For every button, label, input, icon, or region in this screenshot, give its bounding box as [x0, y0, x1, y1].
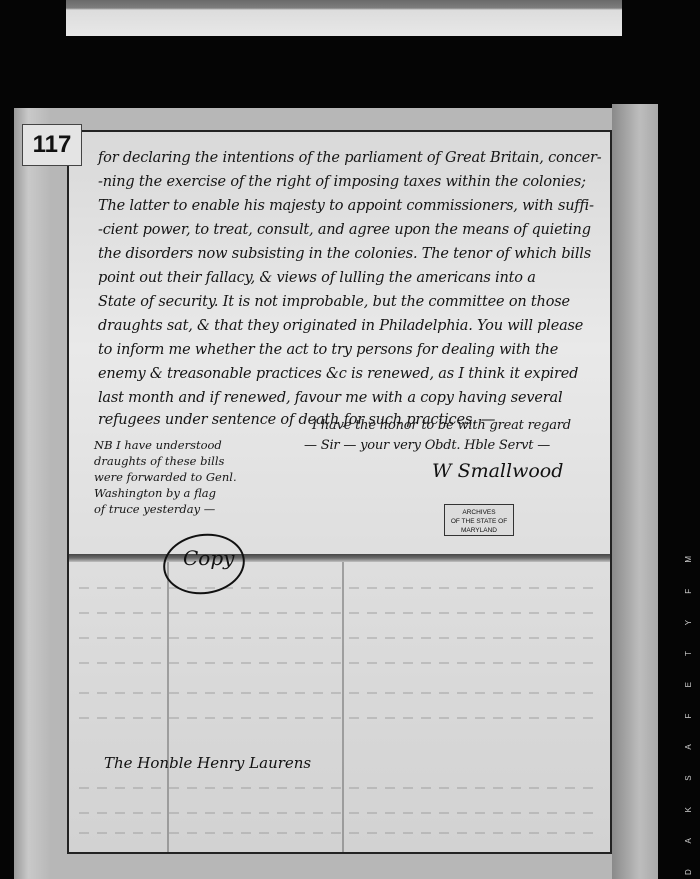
- stamp-line: OF THE STATE OF: [445, 517, 513, 526]
- letter-line: the disorders now subsisting in the colo…: [98, 246, 591, 262]
- page-number-label: 117: [22, 124, 82, 166]
- bleed-through-text: [79, 587, 600, 589]
- bleed-through-text: [79, 717, 600, 719]
- closing-line: — Sir — your very Obdt. Hble Servt —: [304, 438, 550, 453]
- letter-line: -ning the exercise of the right of impos…: [98, 174, 586, 190]
- addressee: The Honble Henry Laurens: [104, 754, 311, 772]
- letter-line: enemy & treasonable practices &c is rene…: [98, 366, 578, 382]
- letter-line: point out their fallacy, & views of lull…: [98, 270, 536, 286]
- letter-line: for declaring the intentions of the parl…: [98, 150, 601, 166]
- letter-line: to inform me whether the act to try pers…: [98, 342, 558, 358]
- postscript-line: draughts of these bills: [94, 454, 224, 468]
- bleed-through-text: [79, 612, 600, 614]
- film-margin-left: [14, 108, 50, 879]
- bleed-through-text: [79, 832, 600, 834]
- film-edge-imprint: D A K S A F E T Y F M: [684, 544, 693, 875]
- archives-stamp: ARCHIVES OF THE STATE OF MARYLAND: [444, 504, 514, 536]
- letter-line: State of security. It is not improbable,…: [98, 294, 570, 310]
- fold-crease: [167, 562, 169, 852]
- letter-line: draughts sat, & that they originated in …: [98, 318, 583, 334]
- stamp-line: ARCHIVES: [445, 508, 513, 517]
- bleed-through-text: [79, 637, 600, 639]
- closing-line: I have the honor to be with great regard: [312, 418, 571, 433]
- stamp-line: MARYLAND: [445, 526, 513, 535]
- film-margin-right: [612, 104, 658, 879]
- signature: W Smallwood: [432, 460, 563, 482]
- bleed-through-text: [79, 662, 600, 664]
- bleed-through-text: [79, 692, 600, 694]
- fold-crease: [342, 562, 344, 852]
- postscript-line: NB I have understood: [94, 438, 222, 452]
- bleed-through-text: [79, 812, 600, 814]
- postscript-line: of truce yesterday —: [94, 502, 215, 516]
- copy-mark: Copy: [183, 546, 234, 570]
- letter-line: -cient power, to treat, consult, and agr…: [98, 222, 591, 238]
- previous-page-edge: [66, 0, 622, 36]
- letter-line: The latter to enable his majesty to appo…: [98, 198, 594, 214]
- bleed-through-text: [79, 787, 600, 789]
- letter-line: last month and if renewed, favour me wit…: [98, 390, 562, 406]
- postscript-line: were forwarded to Genl.: [94, 470, 237, 484]
- postscript-line: Washington by a flag: [94, 486, 216, 500]
- page-fold: [69, 554, 610, 562]
